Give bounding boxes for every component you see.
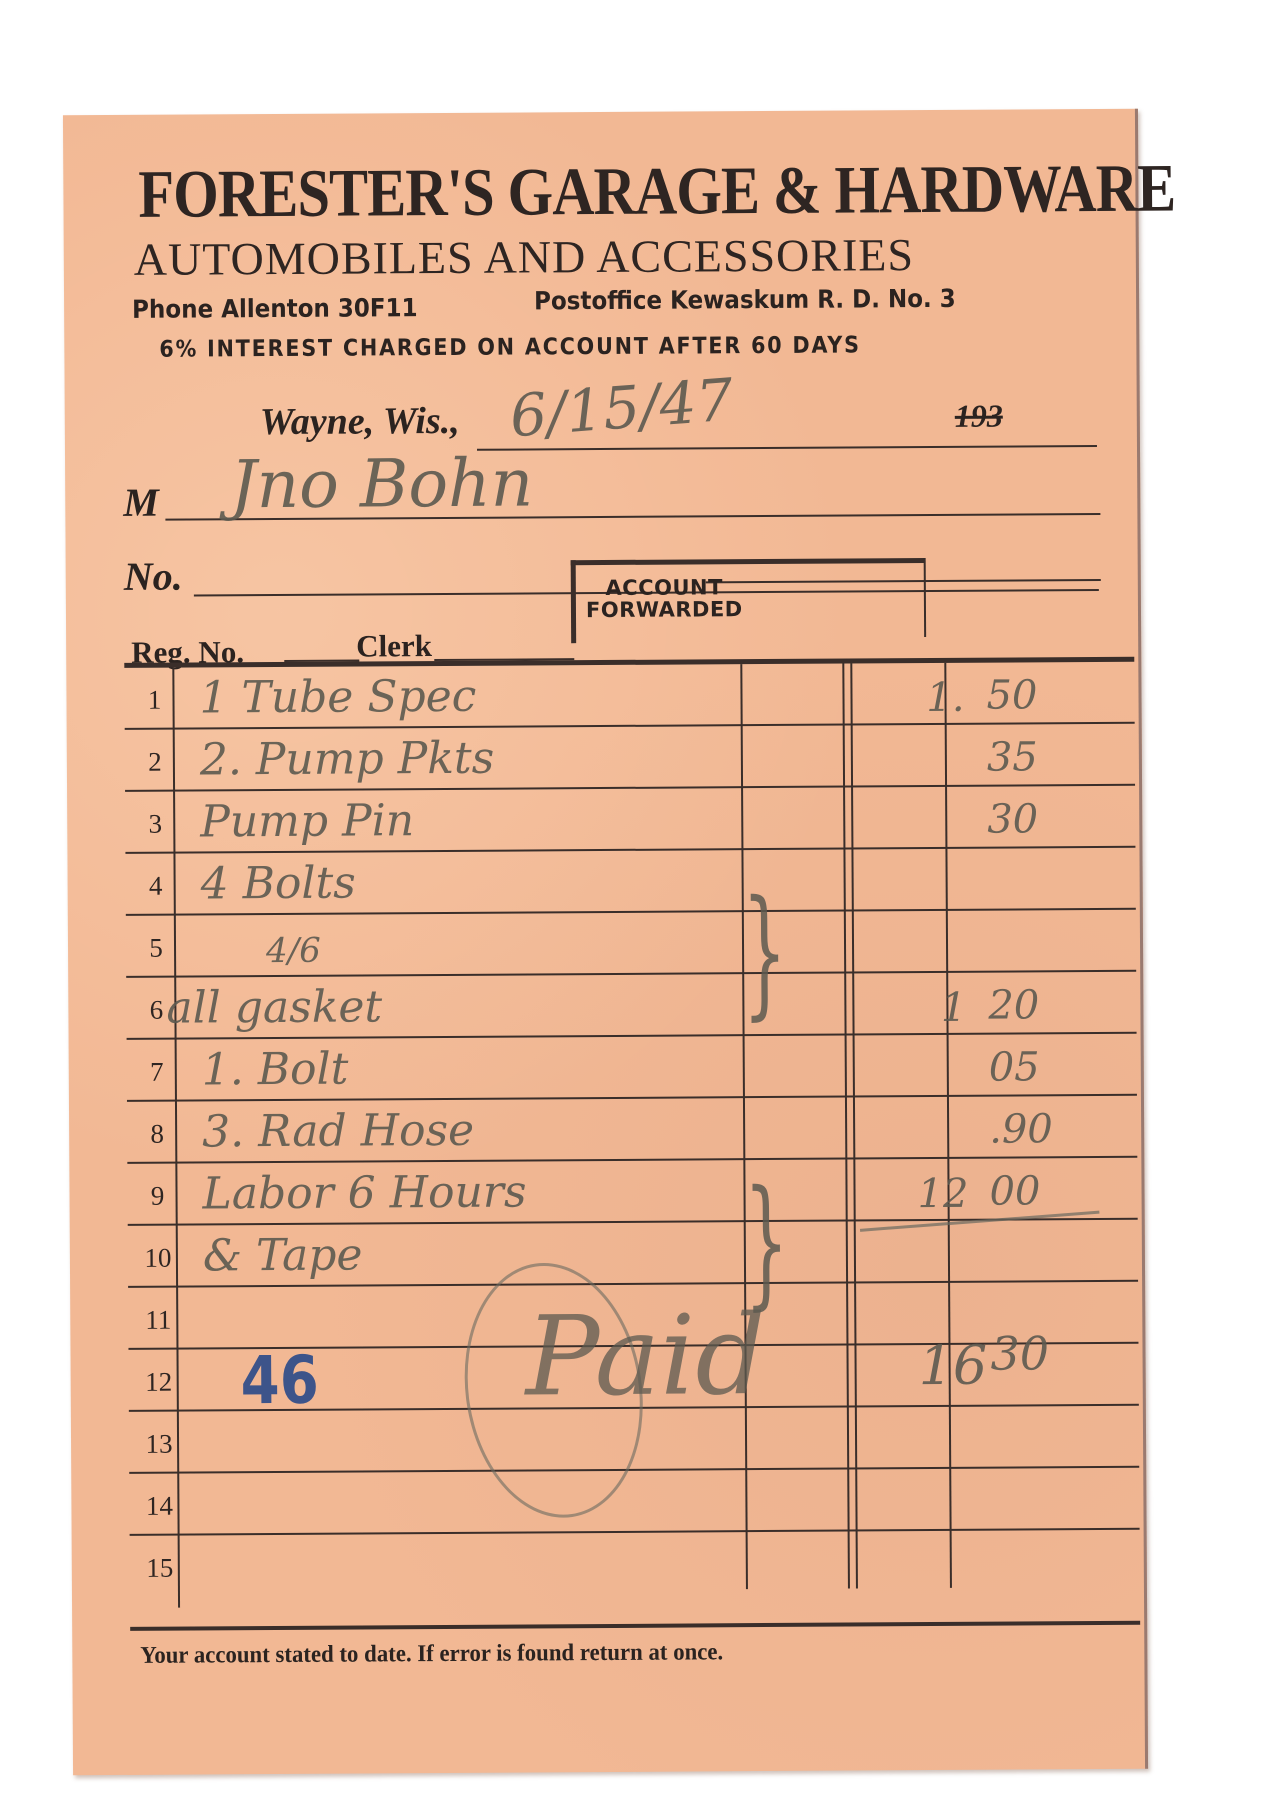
handwritten-date: 6/15/47 — [507, 366, 735, 451]
m-label: M — [123, 479, 159, 526]
row-cents — [990, 1276, 1090, 1277]
row-description: 3. Rad Hose — [202, 1105, 474, 1158]
row-number: 3 — [137, 809, 173, 840]
account-box-divider — [924, 563, 926, 637]
row-description: Pump Pin — [200, 795, 414, 847]
row-number: 4 — [138, 871, 174, 902]
stamp-number: 46 — [240, 1342, 319, 1419]
row-dollars-total: 16 — [918, 1334, 968, 1397]
row-cents — [992, 1586, 1092, 1587]
customer-name: Jno Bohn — [230, 444, 533, 523]
ledger-row: 9 Labor 6 Hours 12 00 — [127, 1158, 1137, 1226]
row-cents: 30 — [987, 796, 1087, 843]
interest-notice: 6% INTEREST CHARGED ON ACCOUNT AFTER 60 … — [159, 332, 861, 362]
ledger-bottom-rule — [130, 1621, 1140, 1631]
business-tagline: AUTOMOBILES AND ACCESSORIES — [134, 228, 914, 286]
row-number: 13 — [141, 1429, 177, 1460]
business-name: FORESTER'S GARAGE & HARDWARE — [138, 149, 1175, 234]
row-number: 14 — [141, 1491, 177, 1522]
footer-notice: Your account stated to date. If error is… — [140, 1639, 723, 1670]
row-description: 1 Tube Spec — [199, 671, 476, 724]
ledger-row: 2 2. Pump Pkts 35 — [125, 724, 1135, 792]
row-number: 15 — [142, 1553, 178, 1584]
town-label: Wayne, Wis., — [260, 399, 460, 444]
row-cents — [992, 1524, 1092, 1525]
row-number: 9 — [139, 1181, 175, 1212]
row-cents: .90 — [989, 1106, 1089, 1153]
row-cents-total: 30 — [990, 1326, 1090, 1381]
clerk-label: Clerk — [356, 628, 432, 664]
row-number: 2 — [137, 747, 173, 778]
row-description: 4/6 — [266, 931, 321, 971]
ledger-row: 14 — [129, 1468, 1139, 1536]
row-description: & Tape — [203, 1229, 363, 1281]
ledger-row: 7 1. Bolt 05 — [127, 1034, 1137, 1102]
row-cents: 00 — [989, 1168, 1089, 1215]
ledger-row: 10 & Tape — [128, 1220, 1138, 1288]
row-description: Labor 6 Hours — [202, 1166, 526, 1219]
phone-number: Phone Allenton 30F11 — [132, 293, 418, 324]
row-number: 11 — [140, 1305, 176, 1336]
row-cents — [991, 1462, 1091, 1463]
receipt-card: FORESTER'S GARAGE & HARDWARE AUTOMOBILES… — [63, 109, 1148, 1776]
row-cents: 05 — [989, 1044, 1089, 1091]
row-number: 8 — [139, 1119, 175, 1150]
paid-mark: Paid — [525, 1291, 766, 1420]
ledger-row: 4 4 Bolts — [125, 848, 1135, 916]
account-forwarded-label: ACCOUNT FORWARDED — [586, 576, 743, 621]
row-number: 10 — [140, 1243, 176, 1274]
row-description: 4 Bolts — [200, 858, 355, 910]
row-dollars: 1. — [914, 675, 964, 721]
ledger-row: 1 1 Tube Spec 1. 50 — [124, 662, 1134, 730]
row-dollars: 12 — [917, 1171, 967, 1217]
ledger-row: 8 3. Rad Hose .90 — [127, 1096, 1137, 1164]
row-cents — [988, 966, 1088, 967]
row-cents: 20 — [988, 982, 1088, 1029]
brace-mark-rows-3-4: } — [742, 871, 788, 1034]
ledger-table: 1 1 Tube Spec 1. 50 2 2. Pump Pkts 35 3 … — [124, 657, 1140, 1631]
row-description: all gasket — [166, 981, 382, 1033]
ledger-row: 5 4/6 — [126, 910, 1136, 978]
ledger-row: 15 — [130, 1530, 1140, 1598]
row-number: 5 — [138, 933, 174, 964]
no-label: No. — [124, 553, 183, 600]
ledger-row: 6 all gasket 1 20 — [126, 972, 1136, 1040]
ledger-row: 3 Pump Pin 30 — [125, 786, 1135, 854]
row-number: 12 — [141, 1367, 177, 1398]
row-description: 1. Bolt — [202, 1044, 349, 1096]
account-forwarded-box: ACCOUNT FORWARDED — [571, 558, 927, 643]
printed-year: 193 — [955, 398, 1003, 435]
account-label-line1: ACCOUNT — [586, 576, 743, 599]
row-description: 2. Pump Pkts — [200, 733, 495, 786]
row-cents — [988, 904, 1088, 905]
row-cents: 35 — [987, 734, 1087, 781]
row-number: 1 — [136, 685, 172, 716]
account-label-line2: FORWARDED — [586, 598, 743, 621]
row-number: 7 — [139, 1057, 175, 1088]
row-cents: 50 — [986, 672, 1086, 719]
postoffice-address: Postoffice Kewaskum R. D. No. 3 — [534, 284, 956, 316]
row-dollars: 1 — [916, 985, 966, 1031]
